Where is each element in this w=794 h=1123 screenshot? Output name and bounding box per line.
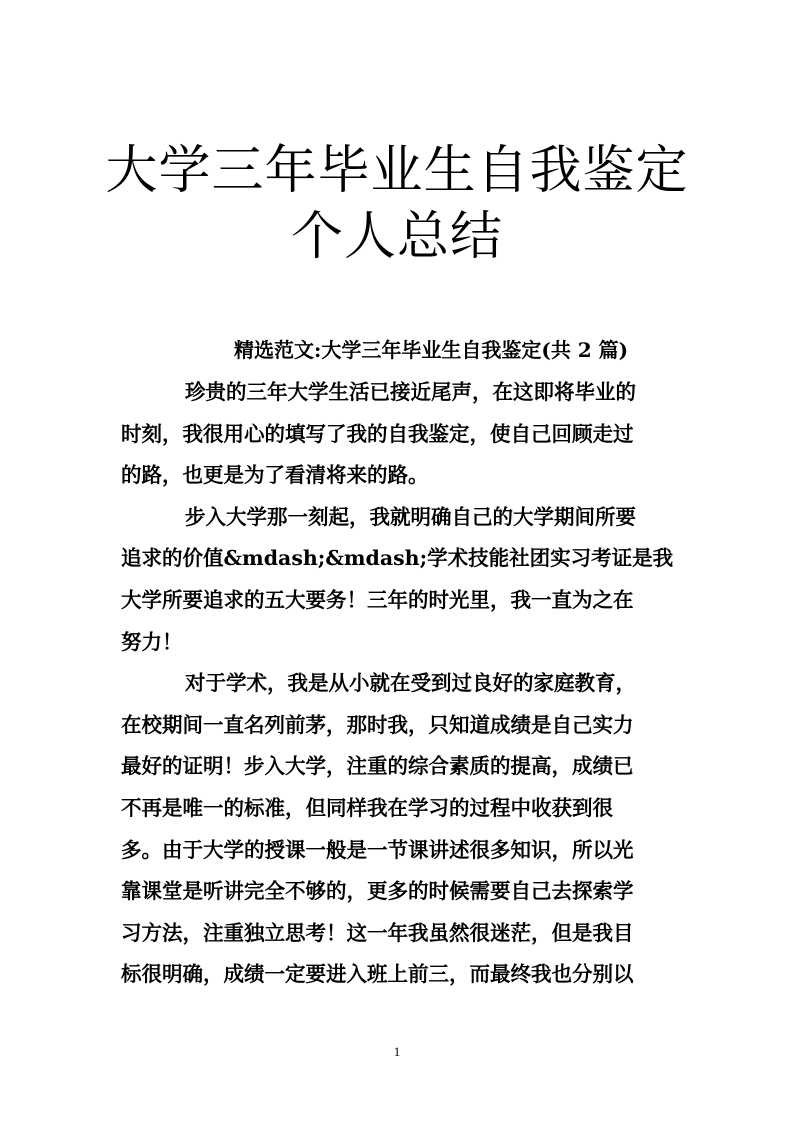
body-line: 最好的证明！步入大学，注重的综合素质的提高，成绩已	[121, 746, 661, 788]
document-title: 大学三年毕业生自我鉴定 个人总结	[0, 138, 794, 270]
body-line: 靠课堂是听讲完全不够的，更多的时候需要自己去探索学	[121, 871, 661, 913]
body-line: 的路，也更是为了看清将来的路。	[121, 455, 661, 497]
page-number: 1	[0, 1044, 794, 1060]
body-line: 在校期间一直名列前茅，那时我，只知道成绩是自己实力	[121, 705, 661, 747]
document-body: 珍贵的三年大学生活已接近尾声，在这即将毕业的 时刻，我很用心的填写了我的自我鉴定…	[121, 372, 661, 996]
body-line: 努力！	[121, 622, 661, 664]
title-line-1: 大学三年毕业生自我鉴定	[0, 138, 794, 204]
body-line: 时刻，我很用心的填写了我的自我鉴定，使自己回顾走过	[121, 414, 661, 456]
body-line: 对于学术，我是从小就在受到过良好的家庭教育，	[121, 663, 661, 705]
body-line: 珍贵的三年大学生活已接近尾声，在这即将毕业的	[121, 372, 661, 414]
title-line-2: 个人总结	[0, 204, 794, 270]
document-page: 大学三年毕业生自我鉴定 个人总结 精选范文:大学三年毕业生自我鉴定(共 2 篇)…	[0, 0, 794, 1123]
body-line: 多。由于大学的授课一般是一节课讲述很多知识，所以光	[121, 830, 661, 872]
body-line: 不再是唯一的标准，但同样我在学习的过程中收获到很	[121, 788, 661, 830]
body-line: 步入大学那一刻起，我就明确自己的大学期间所要	[121, 497, 661, 539]
document-subtitle: 精选范文:大学三年毕业生自我鉴定(共 2 篇)	[234, 336, 628, 364]
body-line: 追求的价值&mdash;&mdash;学术技能社团实习考证是我	[121, 538, 661, 580]
body-line: 标很明确，成绩一定要进入班上前三，而最终我也分别以	[121, 954, 661, 996]
body-line: 习方法，注重独立思考！这一年我虽然很迷茫，但是我目	[121, 913, 661, 955]
body-line: 大学所要追求的五大要务！三年的时光里，我一直为之在	[121, 580, 661, 622]
